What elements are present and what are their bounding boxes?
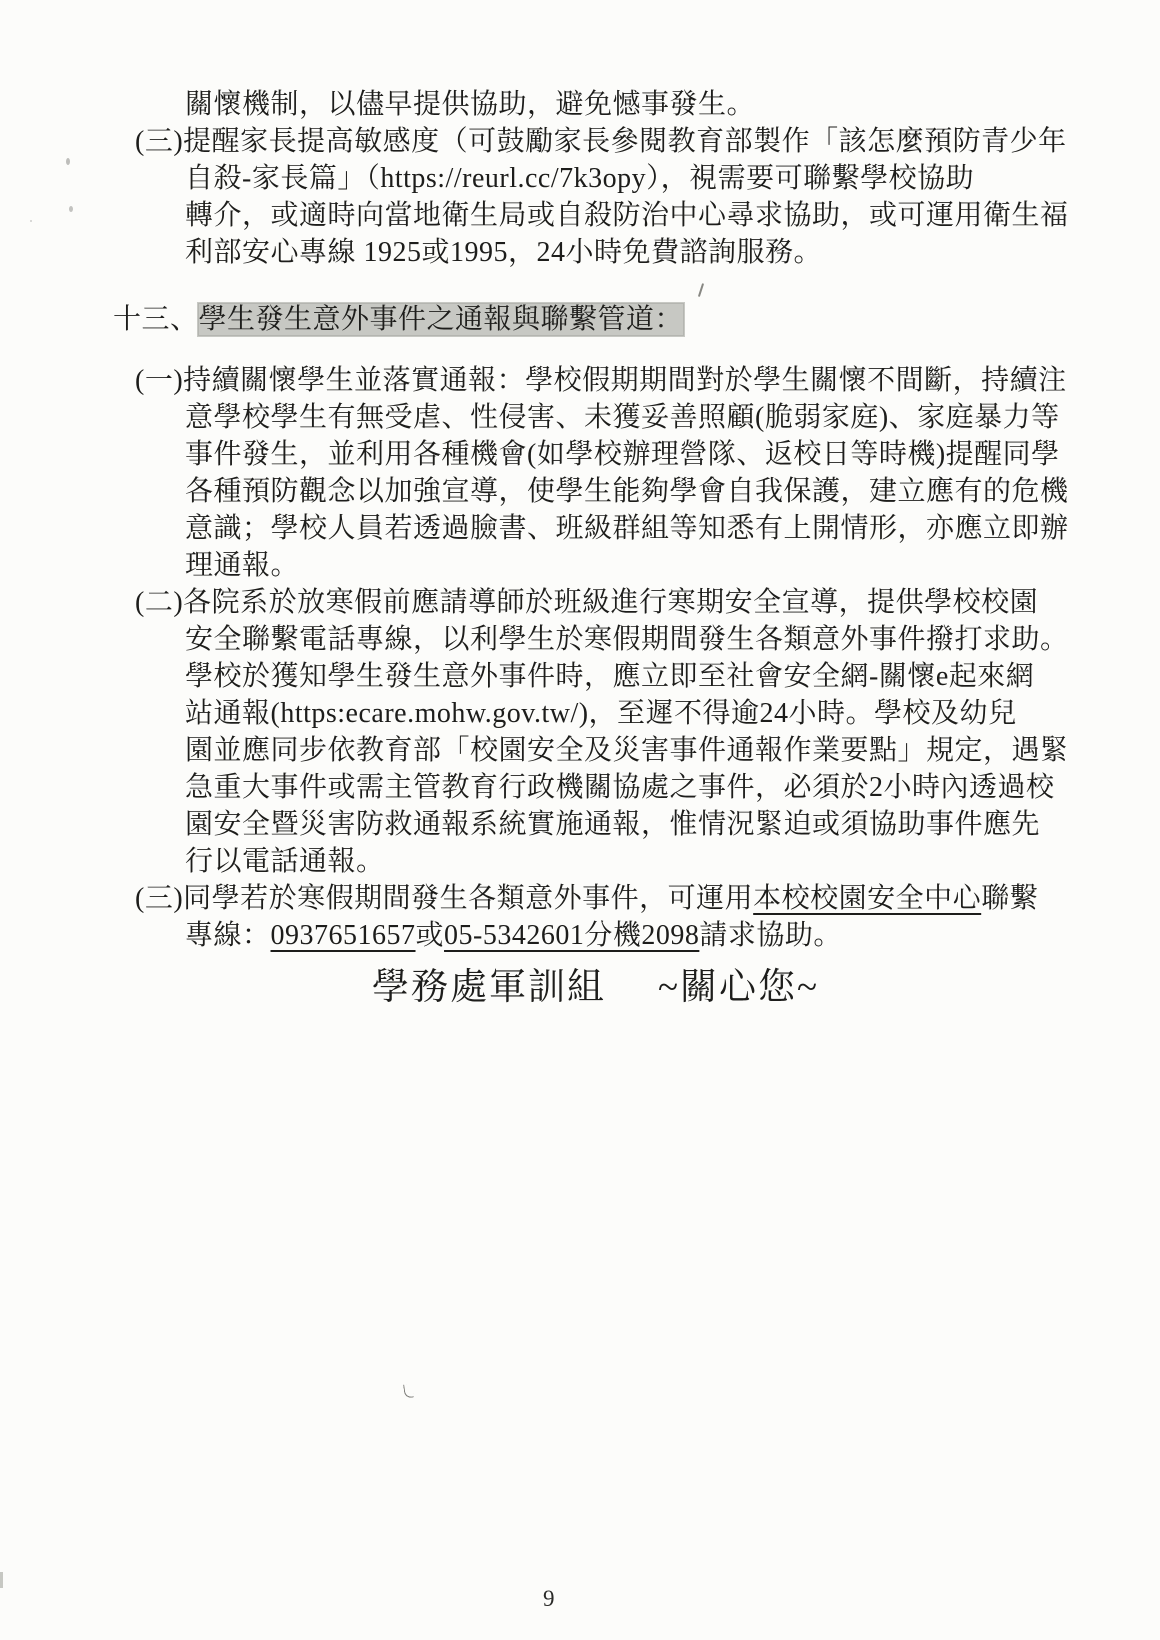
list-item-label: (三) — [135, 883, 183, 914]
scan-edge-artifact — [0, 1572, 3, 1588]
item3-line2: 專線：0937651657或05-5342601分機2098請求協助。 — [0, 917, 1160, 954]
text-line: 行以電話通報。 — [185, 846, 385, 877]
section-title-highlighted: 學生發生意外事件之通報與聯繫管道： — [199, 304, 684, 335]
item1-line1: (一)持續關懷學生並落實通報：學校假期期間對於學生關懷不間斷，持續注 — [0, 362, 1160, 399]
page-number: 9 — [543, 1586, 555, 1612]
item1-line6: 理通報。 — [0, 547, 1160, 584]
intro-tail-line: 關懷機制，以儘早提供協助，避免憾事發生。 — [0, 86, 1160, 123]
item2-line2: 安全聯繫電話專線，以利學生於寒假期間發生各類意外事件撥打求助。 — [0, 621, 1160, 658]
list-item-label: (二) — [135, 587, 183, 618]
item2-line3: 學校於獲知學生發生意外事件時，應立即至社會安全網-關懷e起來網 — [0, 658, 1160, 695]
scan-stray-mark — [403, 1383, 414, 1398]
text-line: 轉介，或適時向當地衛生局或自殺防治中心尋求協助，或可運用衛生福 — [185, 200, 1069, 231]
spacer — [0, 338, 1160, 362]
text-line: 自殺-家長篇」（https://reurl.cc/7k3opy），視需要可聯繫學… — [185, 163, 974, 194]
list-item-label: (三) — [135, 126, 183, 157]
scan-speck — [69, 206, 73, 212]
item2-line6: 急重大事件或需主管教育行政機關協處之事件，必須於2小時內透過校 — [0, 769, 1160, 806]
intro-item3-line1: (三)提醒家長提高敏感度（可鼓勵家長參閱教育部製作「該怎麼預防青少年 — [0, 123, 1160, 160]
item1-line4: 各種預防觀念以加強宣導，使學生能夠學會自我保護，建立應有的危機 — [0, 473, 1160, 510]
text-line: 園並應同步依教育部「校園安全及災害事件通報作業要點」規定，遇緊 — [185, 735, 1069, 766]
item1-line2: 意學校學生有無受虐、性侵害、未獲妥善照顧(脆弱家庭)、家庭暴力等 — [0, 399, 1160, 436]
hotline-phone-1: 0937651657 — [271, 920, 416, 951]
text-line: 事件發生，並利用各種機會(如學校辦理營隊、返校日等時機)提醒同學 — [185, 439, 1060, 470]
scanned-document-page: 關懷機制，以儘早提供協助，避免憾事發生。 (三)提醒家長提高敏感度（可鼓勵家長參… — [0, 0, 1160, 1640]
list-item-label: (一) — [135, 365, 183, 396]
text-line: 提醒家長提高敏感度（可鼓勵家長參閱教育部製作「該怎麼預防青少年 — [183, 126, 1067, 157]
closing-signature: 學務處軍訓組~關心您~ — [0, 964, 1160, 1012]
text-segment: 或 — [416, 920, 445, 951]
intro-item3-line2: 自殺-家長篇」（https://reurl.cc/7k3opy），視需要可聯繫學… — [0, 160, 1160, 197]
text-line: 安全聯繫電話專線，以利學生於寒假期間發生各類意外事件撥打求助。 — [185, 624, 1069, 655]
item1-line3: 事件發生，並利用各種機會(如學校辦理營隊、返校日等時機)提醒同學 — [0, 436, 1160, 473]
text-line: 意學校學生有無受虐、性侵害、未獲妥善照顧(脆弱家庭)、家庭暴力等 — [185, 402, 1060, 433]
closing-wish: ~關心您~ — [658, 967, 819, 1008]
item2-line7: 園安全暨災害防救通報系統實施通報，惟情況緊迫或須協助事件應先 — [0, 806, 1160, 843]
item2-line8: 行以電話通報。 — [0, 843, 1160, 880]
item3-line1: (三)同學若於寒假期間發生各類意外事件，可運用本校校園安全中心聯繫 — [0, 880, 1160, 917]
intro-item3-line3: 轉介，或適時向當地衛生局或自殺防治中心尋求協助，或可運用衛生福 — [0, 197, 1160, 234]
text-segment: 專線： — [185, 920, 271, 951]
hotline-phone-2: 05-5342601分機2098 — [444, 920, 699, 951]
text-line: 理通報。 — [185, 550, 299, 581]
text-line: 學校於獲知學生發生意外事件時，應立即至社會安全網-關懷e起來網 — [185, 661, 1034, 692]
text-line: 持續關懷學生並落實通報：學校假期期間對於學生關懷不間斷，持續注 — [183, 365, 1067, 396]
item2-line4: 站通報(https:ecare.mohw.gov.tw/)，至遲不得逾24小時。… — [0, 695, 1160, 732]
text-line: 關懷機制，以儘早提供協助，避免憾事發生。 — [185, 89, 755, 120]
campus-safety-center-underlined: 本校校園安全中心 — [753, 883, 981, 914]
item1-line5: 意識；學校人員若透過臉書、班級群組等知悉有上開情形，亦應立即辦 — [0, 510, 1160, 547]
text-segment: 請求協助。 — [699, 920, 842, 951]
text-line: 各種預防觀念以加強宣導，使學生能夠學會自我保護，建立應有的危機 — [185, 476, 1069, 507]
scan-speck — [30, 220, 32, 222]
item2-line5: 園並應同步依教育部「校園安全及災害事件通報作業要點」規定，遇緊 — [0, 732, 1160, 769]
spacer — [0, 271, 1160, 301]
section13-heading: 十三、學生發生意外事件之通報與聯繫管道： — [0, 301, 1160, 338]
text-segment: 聯繫 — [981, 883, 1038, 914]
text-line: 園安全暨災害防救通報系統實施通報，惟情況緊迫或須協助事件應先 — [185, 809, 1040, 840]
item2-line1: (二)各院系於放寒假前應請導師於班級進行寒期安全宣導，提供學校校園 — [0, 584, 1160, 621]
text-line: 各院系於放寒假前應請導師於班級進行寒期安全宣導，提供學校校園 — [183, 587, 1038, 618]
intro-item3-line4: 利部安心專線 1925或1995，24小時免費諮詢服務。 — [0, 234, 1160, 271]
section-number: 十三、 — [113, 304, 199, 335]
document-body: 關懷機制，以儘早提供協助，避免憾事發生。 (三)提醒家長提高敏感度（可鼓勵家長參… — [0, 0, 1160, 1012]
scan-speck — [66, 158, 70, 165]
text-line: 急重大事件或需主管教育行政機關協處之事件，必須於2小時內透過校 — [185, 772, 1055, 803]
text-line: 意識；學校人員若透過臉書、班級群組等知悉有上開情形，亦應立即辦 — [185, 513, 1069, 544]
text-line: 利部安心專線 1925或1995，24小時免費諮詢服務。 — [185, 237, 822, 268]
text-line: 站通報(https:ecare.mohw.gov.tw/)，至遲不得逾24小時。… — [185, 698, 1017, 729]
text-segment: 同學若於寒假期間發生各類意外事件，可運用 — [183, 883, 753, 914]
issuing-unit: 學務處軍訓組 — [372, 967, 606, 1008]
